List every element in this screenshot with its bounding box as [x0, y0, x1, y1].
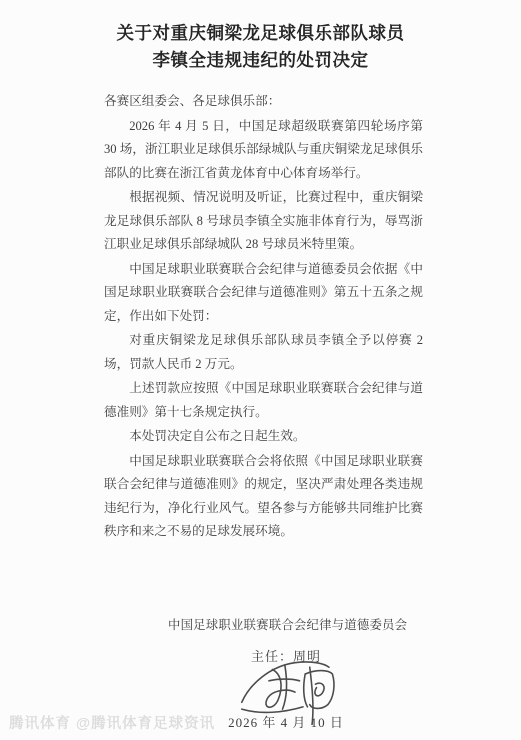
salutation: 各赛区组委会、各足球俱乐部：: [104, 90, 423, 114]
paragraph-2: 根据视频、情况说明及听证，比赛过程中，重庆铜梁龙足球俱乐部队 8 号球员李镇全实…: [104, 186, 423, 257]
paragraph-3: 中国足球职业联赛联合会纪律与道德委员会依据《中国足球职业联赛联合会纪律与道德准则…: [104, 258, 423, 329]
document-title-line2: 李镇全违规违纪的处罚决定: [0, 47, 521, 74]
paragraph-4: 对重庆铜梁龙足球俱乐部队球员李镇全予以停赛 2 场，罚款人民币 2 万元。: [104, 329, 423, 376]
document-title-line1: 关于对重庆铜梁龙足球俱乐部队球员: [0, 20, 521, 47]
paragraph-6: 本处罚决定自公布之日起生效。: [104, 425, 423, 449]
signer-title-name: 主任：周明: [168, 646, 404, 665]
document-body: 各赛区组委会、各足球俱乐部： 2026 年 4 月 5 日，中国足球超级联赛第四…: [104, 90, 423, 545]
issuing-organization: 中国足球职业联赛联合会纪律与道德委员会: [168, 615, 404, 633]
tencent-sports-watermark: 腾讯体育 @腾讯体育足球资讯: [9, 712, 215, 733]
paragraph-7: 中国足球职业联赛联合会将依照《中国足球职业联赛联合会纪律与道德准则》的规定，坚决…: [104, 450, 423, 544]
paragraph-1: 2026 年 4 月 5 日，中国足球超级联赛第四轮场序第 30 场，浙江职业足…: [104, 115, 423, 186]
document-page: 关于对重庆铜梁龙足球俱乐部队球员 李镇全违规违纪的处罚决定 各赛区组委会、各足球…: [0, 0, 521, 740]
document-title: 关于对重庆铜梁龙足球俱乐部队球员 李镇全违规违纪的处罚决定: [0, 20, 521, 74]
paragraph-5: 上述罚款应按照《中国足球职业联赛联合会纪律与道德准则》第十七条规定执行。: [104, 377, 423, 424]
